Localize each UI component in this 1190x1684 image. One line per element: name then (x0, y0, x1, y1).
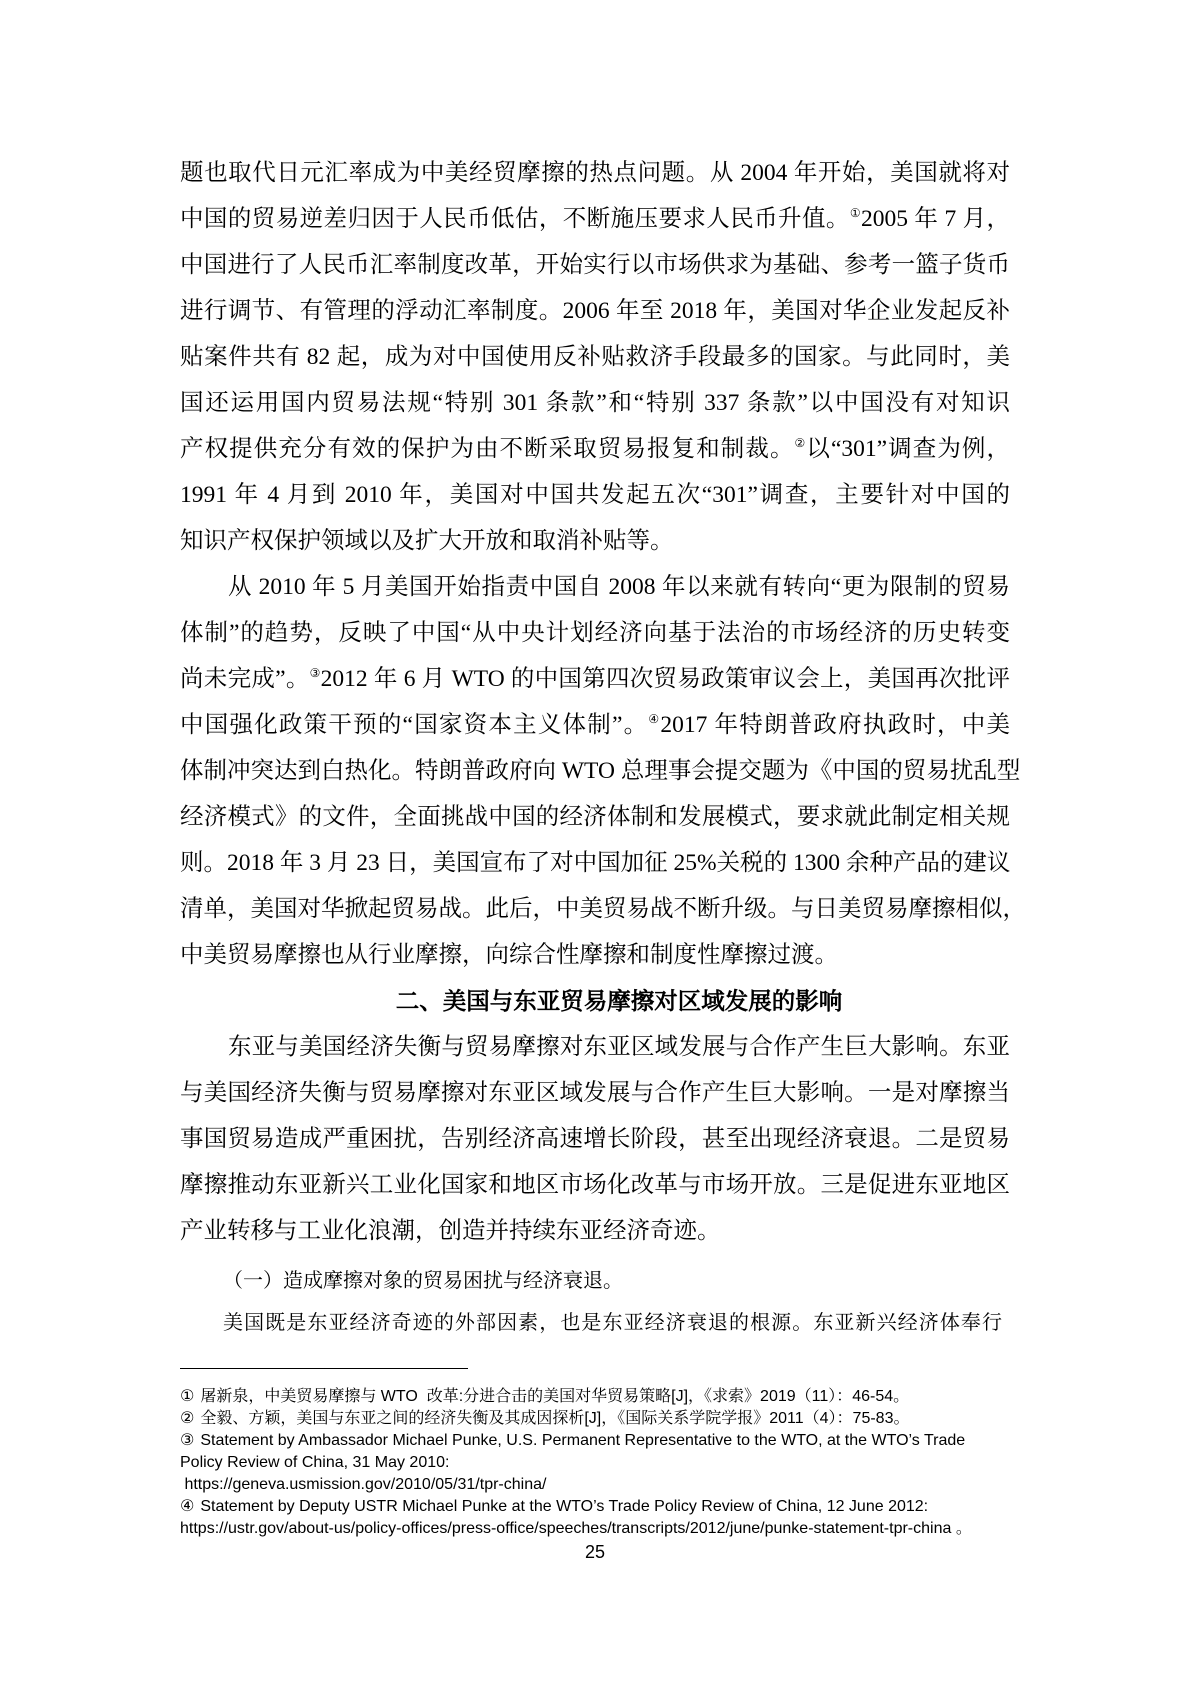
line-text: 中美贸易摩擦也从行业摩擦，向综合性摩擦和制度性摩擦过渡。 (180, 942, 838, 968)
body-line: 进行调节、有管理的浮动汇率制度。2006 年至 2018 年，美国对华企业发起反… (180, 288, 1010, 334)
footnote-marker: ③ (180, 1432, 194, 1449)
line-text: 进行调节、有管理的浮动汇率制度。2006 年至 2018 年，美国对华企业发起反… (180, 298, 1010, 324)
footnote-text: Policy Review of China, 31 May 2010: (180, 1454, 449, 1471)
footnote-ref-2: ② (795, 436, 807, 450)
subsection-heading: （一）造成摩擦对象的贸易困扰与经济衰退。 (180, 1258, 1010, 1304)
paragraph-1: 题也取代日元汇率成为中美经贸摩擦的热点问题。从 2004 年开始，美国就将对 中… (180, 150, 1010, 564)
footnote-text: Statement by Ambassador Michael Punke, U… (200, 1432, 965, 1449)
body-line: 东亚与美国经济失衡与贸易摩擦对东亚区域发展与合作产生巨大影响。东亚 (180, 1024, 1010, 1070)
document-page: 题也取代日元汇率成为中美经贸摩擦的热点问题。从 2004 年开始，美国就将对 中… (0, 0, 1190, 1684)
body-line: 知识产权保护领域以及扩大开放和取消补贴等。 (180, 518, 1010, 564)
line-text: 则。2018 年 3 月 23 日，美国宣布了对中国加征 25%关税的 1300… (180, 850, 1010, 876)
body-line: 体制冲突达到白热化。特朗普政府向 WTO 总理事会提交题为《中国的贸易扰乱型 (180, 748, 1010, 794)
section-heading: 二、美国与东亚贸易摩擦对区域发展的影响 (180, 978, 1010, 1024)
footnote-text: 屠新泉，中美贸易摩擦与 WTO 改革:分进合击的美国对华贸易策略[J]，《求索》… (200, 1388, 909, 1405)
line-text: 中国强化政策干预的“国家资本主义体制”。 (180, 712, 648, 738)
body-line: 从 2010 年 5 月美国开始指责中国自 2008 年以来就有转向“更为限制的… (180, 564, 1010, 610)
line-text: 1991 年 4 月到 2010 年，美国对中国共发起五次“301”调查，主要针… (180, 482, 1010, 508)
footnote-3-url: https://geneva.usmission.gov/2010/05/31/… (180, 1474, 1040, 1496)
body-line: 事国贸易造成严重困扰，告别经济高速增长阶段，甚至出现经济衰退。二是贸易 (180, 1116, 1010, 1162)
body-line: 1991 年 4 月到 2010 年，美国对中国共发起五次“301”调查，主要针… (180, 472, 1010, 518)
footnote-url-link[interactable]: https://ustr.gov/about-us/policy-offices… (180, 1520, 972, 1537)
body-line: 经济模式》的文件，全面挑战中国的经济体制和发展模式，要求就此制定相关规 (180, 794, 1010, 840)
line-text: 尚未完成”。 (180, 666, 310, 692)
page-number: 25 (0, 1541, 1190, 1563)
line-text: 体制冲突达到白热化。特朗普政府向 WTO 总理事会提交题为《中国的贸易扰乱型 (180, 758, 1020, 784)
body-line: 中国强化政策干预的“国家资本主义体制”。④2017 年特朗普政府执政时，中美 (180, 702, 1010, 748)
body-line: 产业转移与工业化浪潮，创造并持续东亚经济奇迹。 (180, 1208, 1010, 1254)
body-line: 与美国经济失衡与贸易摩擦对东亚区域发展与合作产生巨大影响。一是对摩擦当 (180, 1070, 1010, 1116)
footnote-marker: ④ (180, 1498, 194, 1515)
line-text: 中国进行了人民币汇率制度改革，开始实行以市场供求为基础、参考一篮子货币 (180, 252, 1010, 278)
body-line: 产权提供充分有效的保护为由不断采取贸易报复和制裁。②以“301”调查为例， (180, 426, 1010, 472)
line-text: 2017 年特朗普政府执政时，中美 (660, 712, 1010, 738)
line-text: 清单，美国对华掀起贸易战。此后，中美贸易战不断升级。与日美贸易摩擦相似， (180, 896, 1026, 922)
body-line: 国还运用国内贸易法规“特别 301 条款”和“特别 337 条款”以中国没有对知… (180, 380, 1010, 426)
footnote-3-continued: Policy Review of China, 31 May 2010: (180, 1452, 1040, 1474)
line-text: 以“301”调查为例， (806, 436, 1010, 462)
footnote-marker: ② (180, 1410, 194, 1427)
footnote-ref-1: ① (850, 206, 861, 220)
line-text: 知识产权保护领域以及扩大开放和取消补贴等。 (180, 528, 674, 554)
line-text: 中国的贸易逆差归因于人民币低估，不断施压要求人民币升值。 (180, 206, 850, 232)
line-text: 经济模式》的文件，全面挑战中国的经济体制和发展模式，要求就此制定相关规 (180, 804, 1010, 830)
body-line: 题也取代日元汇率成为中美经贸摩擦的热点问题。从 2004 年开始，美国就将对 (180, 150, 1010, 196)
footnote-2: ②全毅、方颖，美国与东亚之间的经济失衡及其成因探析[J]，《国际关系学院学报》2… (180, 1408, 1040, 1430)
body-line: 则。2018 年 3 月 23 日，美国宣布了对中国加征 25%关税的 1300… (180, 840, 1010, 886)
footnote-url-link[interactable]: https://geneva.usmission.gov/2010/05/31/… (180, 1476, 546, 1493)
footnote-4-url: https://ustr.gov/about-us/policy-offices… (180, 1518, 1040, 1540)
body-line: 摩擦推动东亚新兴工业化国家和地区市场化改革与市场开放。三是促进东亚地区 (180, 1162, 1010, 1208)
paragraph-3: 东亚与美国经济失衡与贸易摩擦对东亚区域发展与合作产生巨大影响。东亚 与美国经济失… (180, 1024, 1010, 1254)
line-text: 题也取代日元汇率成为中美经贸摩擦的热点问题。从 2004 年开始，美国就将对 (180, 160, 1010, 186)
line-text: 2012 年 6 月 WTO 的中国第四次贸易政策审议会上，美国再次批评 (321, 666, 1010, 692)
paragraph-4: 美国既是东亚经济奇迹的外部因素，也是东亚经济衰退的根源。东亚新兴经济体奉行 (180, 1304, 1010, 1342)
footnote-1: ①屠新泉，中美贸易摩擦与 WTO 改革:分进合击的美国对华贸易策略[J]，《求索… (180, 1386, 1040, 1408)
body-line: 体制”的趋势，反映了中国“从中央计划经济向基于法治的市场经济的历史转变 (180, 610, 1010, 656)
footnote-4: ④Statement by Deputy USTR Michael Punke … (180, 1496, 1040, 1518)
paragraph-2: 从 2010 年 5 月美国开始指责中国自 2008 年以来就有转向“更为限制的… (180, 564, 1010, 978)
footnote-text: 全毅、方颖，美国与东亚之间的经济失衡及其成因探析[J]，《国际关系学院学报》20… (200, 1410, 909, 1427)
footnote-ref-3: ③ (310, 666, 321, 680)
footnote-separator (180, 1368, 468, 1369)
body-line: 美国既是东亚经济奇迹的外部因素，也是东亚经济衰退的根源。东亚新兴经济体奉行 (180, 1304, 1010, 1342)
line-text: 贴案件共有 82 起，成为对中国使用反补贴救济手段最多的国家。与此同时，美 (180, 344, 1010, 370)
body-line: 中国进行了人民币汇率制度改革，开始实行以市场供求为基础、参考一篮子货币 (180, 242, 1010, 288)
body-line: 贴案件共有 82 起，成为对中国使用反补贴救济手段最多的国家。与此同时，美 (180, 334, 1010, 380)
line-text: 从 2010 年 5 月美国开始指责中国自 2008 年以来就有转向“更为限制的… (228, 574, 1010, 600)
body-line: 清单，美国对华掀起贸易战。此后，中美贸易战不断升级。与日美贸易摩擦相似， (180, 886, 1010, 932)
footnotes: ①屠新泉，中美贸易摩擦与 WTO 改革:分进合击的美国对华贸易策略[J]，《求索… (180, 1386, 1040, 1540)
footnote-ref-4: ④ (648, 712, 660, 726)
line-text: 国还运用国内贸易法规“特别 301 条款”和“特别 337 条款”以中国没有对知… (180, 390, 1010, 416)
body-text: 题也取代日元汇率成为中美经贸摩擦的热点问题。从 2004 年开始，美国就将对 中… (180, 150, 1010, 1342)
line-text: 体制”的趋势，反映了中国“从中央计划经济向基于法治的市场经济的历史转变 (180, 620, 1010, 646)
footnote-text: Statement by Deputy USTR Michael Punke a… (200, 1498, 928, 1515)
line-text: 2005 年 7 月， (861, 206, 1010, 232)
footnote-3: ③Statement by Ambassador Michael Punke, … (180, 1430, 1040, 1452)
footnote-marker: ① (180, 1388, 194, 1405)
body-line: 中美贸易摩擦也从行业摩擦，向综合性摩擦和制度性摩擦过渡。 (180, 932, 1010, 978)
line-text: 产权提供充分有效的保护为由不断采取贸易报复和制裁。 (180, 436, 795, 462)
body-line: 尚未完成”。③2012 年 6 月 WTO 的中国第四次贸易政策审议会上，美国再… (180, 656, 1010, 702)
body-line: 中国的贸易逆差归因于人民币低估，不断施压要求人民币升值。①2005 年 7 月， (180, 196, 1010, 242)
